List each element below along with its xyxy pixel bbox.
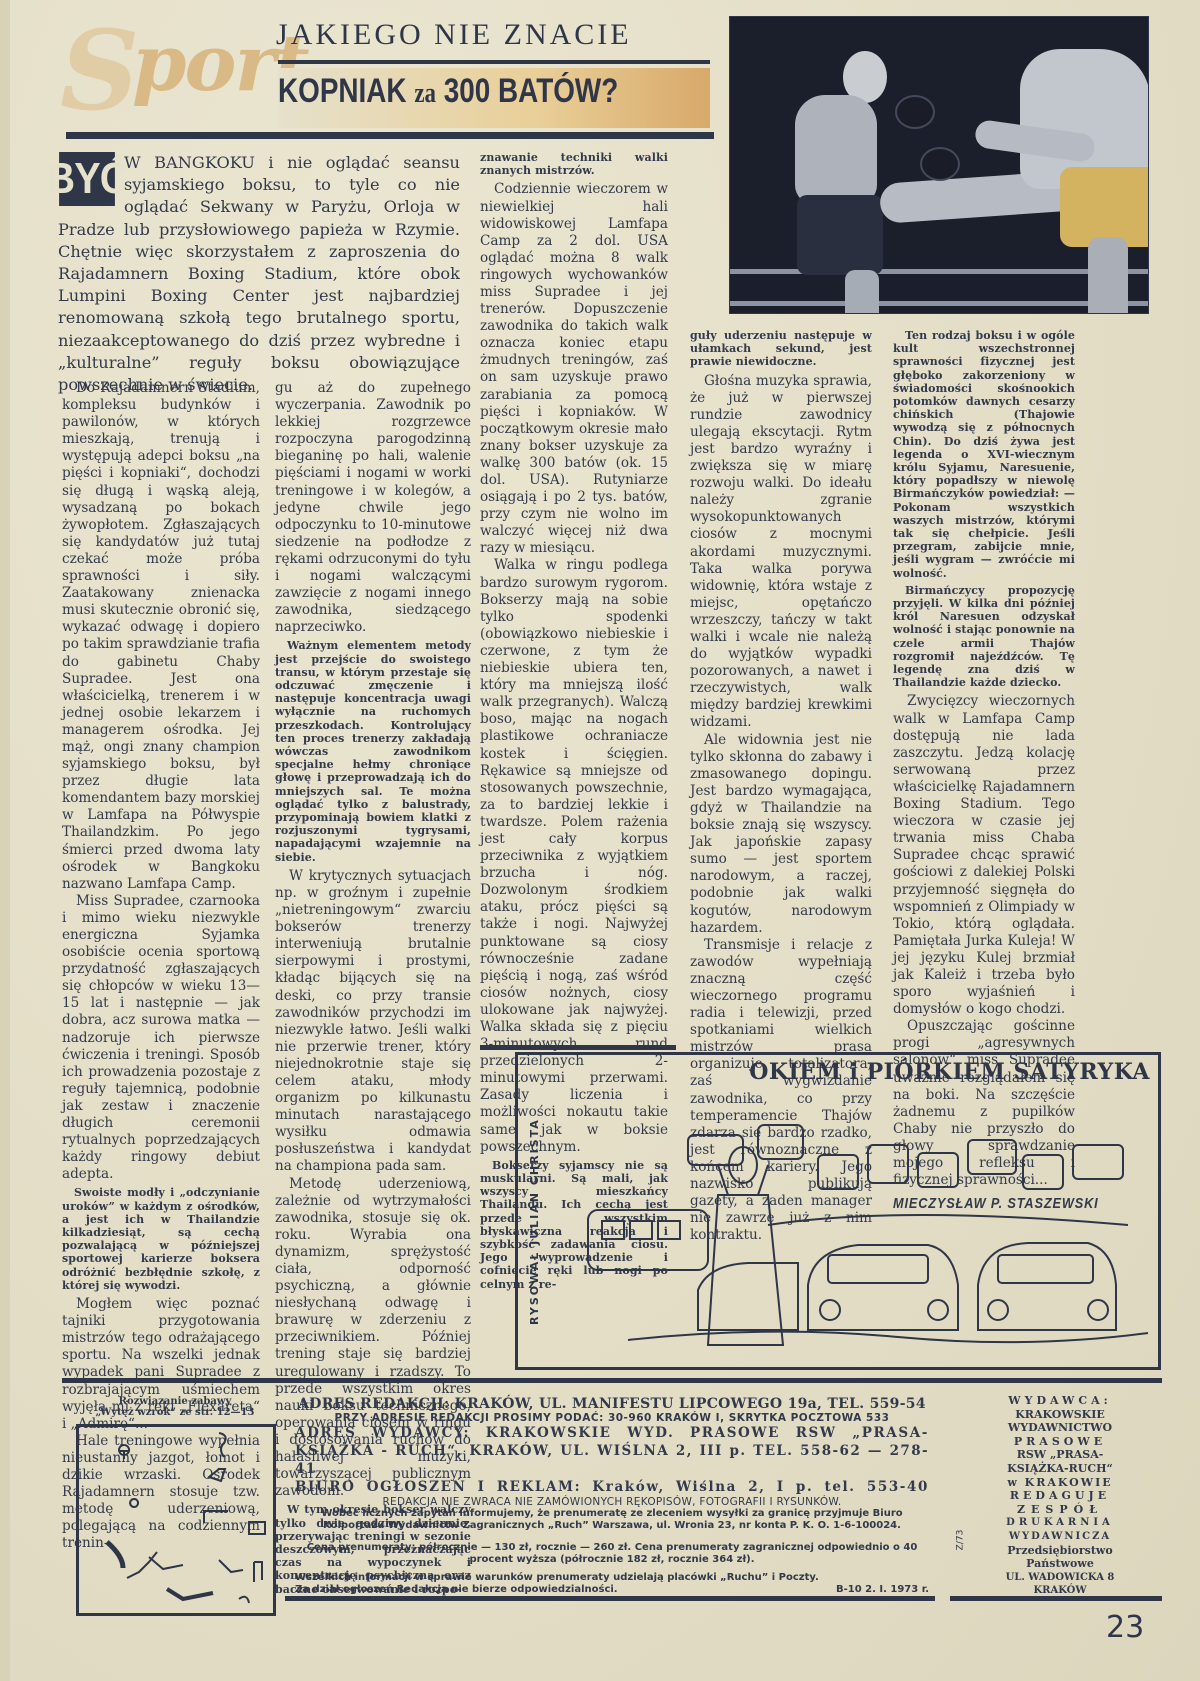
paragraph: Zwycięzcy wieczornych walk w Lamfapa Cam… [893,693,1075,1018]
imprint-subscription-price: Cena prenumeraty: półrocznie — 130 zł, r… [295,1542,929,1566]
paragraph: Ale widownia jest nie tylko skłonna do z… [690,732,872,937]
paragraph: W krytycznych sytuacjach np. w groźnym i… [275,868,471,1176]
headline-part2: 300 BATÓW? [444,72,619,110]
paragraph: Głośna muzyka sprawia, że już w pierwsze… [690,373,872,732]
paragraph-small: Ważnym elementem metody jest przejście d… [275,639,471,863]
paragraph: Codziennie wieczorem w niewielkiej hali … [480,181,668,557]
publisher-line: Przedsiębiorstwo [992,1544,1128,1558]
column-rule [480,1045,676,1050]
satire-cartoon-box: OKIEM i PIÓRKIEM SATYRYKA RYSOWAŁ JULIAN… [515,1052,1161,1370]
imprint-ads-disclaimer: Za dział ogłoszeń Redakcja nie bierze od… [295,1584,618,1596]
fighter-right-figure [970,37,1149,314]
sport-section-logo: Sport [60,12,280,122]
vertical-code: Z/73 [955,1530,965,1551]
magazine-page: Sport JAKIEGO NIE ZNACIE KOPNIAK za 300 … [0,0,1200,1681]
publisher-line: PRASOWE [992,1435,1128,1449]
publisher-line: Państwowe [992,1557,1128,1571]
page-number: 23 [1106,1610,1144,1645]
publisher-line: DRUKARNIA [992,1516,1128,1530]
publisher-line: WYDAWNICZA [992,1530,1128,1544]
article-kicker: JAKIEGO NIE ZNACIE [276,18,632,52]
cartoon-credit: RYSOWAŁ JULIAN CHRISTA [528,1118,541,1325]
publisher-line: ZESPÓŁ [992,1503,1128,1517]
headline-za: za [414,78,436,109]
editorial-imprint: ADRES REDAKCJI: KRAKÓW, UL. MANIFESTU LI… [295,1396,929,1596]
paragraph: Do Rajadamnern Stadium, kompleksu budynk… [62,380,260,893]
publisher-line: REDAGUJE [992,1489,1128,1503]
publisher-line: RSW „PRASA- [992,1448,1128,1462]
publisher-line: KRAKOWSKIE [992,1408,1128,1422]
publisher-rule [950,1596,1162,1601]
paragraph-small: Birmańczycy propozycję przyjęli. W kilka… [893,584,1075,690]
imprint-publisher-address: ADRES WYDAWCY: KRAKOWSKIE WYD. PRASOWE R… [295,1424,929,1442]
paragraph: Miss Supradee, czarnooka i mimo wieku ni… [62,893,260,1184]
page-edge [0,0,10,1681]
imprint-print-code: B-10 2. I. 1973 r. [836,1584,929,1596]
article-lead: W BANGKOKU i nie oglądać seansu syjamski… [58,152,460,396]
imprint-subscription-info: Wszelkich informacji w sprawie warunków … [295,1572,929,1584]
fighter-left-figure [785,45,895,314]
imprint-ads-office: BIURO OGŁOSZEŃ I REKLAM: Kraków, Wiślna … [295,1478,929,1496]
headline-rule [66,132,714,139]
publisher-line: UL. WADOWICKA 8 [992,1571,1128,1585]
puzzle-title-line2: „Wytęż wzrok” ze str. 12—13 [75,1407,275,1418]
paragraph-small: Swoiste modły i „odczynianie uroków” w k… [62,1186,260,1292]
imprint-publisher-address-cont: KSIĄŻKA - RUCH“, KRAKÓW, UL. WIŚLNA 2, I… [295,1442,929,1478]
car-parking-drawing [568,1115,1148,1355]
publisher-line: WYDAWNICTWO [992,1421,1128,1435]
puzzle-solution-title: Rozwiązanie zabawy „Wytęż wzrok” ze str.… [75,1396,275,1418]
publisher-line: WYDAWCA: [992,1394,1128,1408]
boxing-photo [729,16,1149,314]
puzzle-marks-drawing [79,1427,273,1613]
paragraph-small: guły uderzeniu następuje w ułamkach seku… [690,329,872,369]
imprint-rule [285,1596,935,1601]
imprint-manuscripts-note: REDAKCJA NIE ZWRACA NIE ZAMÓWIONYCH RĘKO… [295,1496,929,1508]
paragraph: gu aż do zupełnego wyczerpania. Zawodnik… [275,380,471,636]
publisher-line: KSIĄŻKA-RUCH“ [992,1462,1128,1476]
article-column-1: Do Rajadamnern Stadium, kompleksu budynk… [62,380,260,1552]
puzzle-solution-box [76,1424,276,1616]
header-rule [278,60,710,64]
imprint-editorial-address: ADRES REDAKCJI: KRAKÓW, UL. MANIFESTU LI… [295,1396,929,1412]
cartoon-title: OKIEM i PIÓRKIEM SATYRYKA [749,1059,1150,1085]
imprint-foreign-subscription: Wobec licznych zapytań informujemy, że p… [295,1508,929,1532]
headline-part1: KOPNIAK [278,72,407,110]
paragraph-small: Ten rodzaj boksu i w ogóle kult wszechst… [893,329,1075,580]
puzzle-title-line1: Rozwiązanie zabawy [75,1396,275,1407]
article-headline: KOPNIAK za 300 BATÓW? [278,72,618,111]
publisher-block: WYDAWCA: KRAKOWSKIE WYDAWNICTWO PRASOWE … [992,1394,1128,1598]
publisher-line: w KRAKOWIE [992,1476,1128,1490]
paragraph-small: znawanie techniki walki znanych mistrzów… [480,151,668,177]
footer-rule [62,1378,1162,1383]
imprint-postal-note: PRZY ADRESIE REDAKCJI PROSIMY PODAĆ: 30-… [295,1412,929,1424]
